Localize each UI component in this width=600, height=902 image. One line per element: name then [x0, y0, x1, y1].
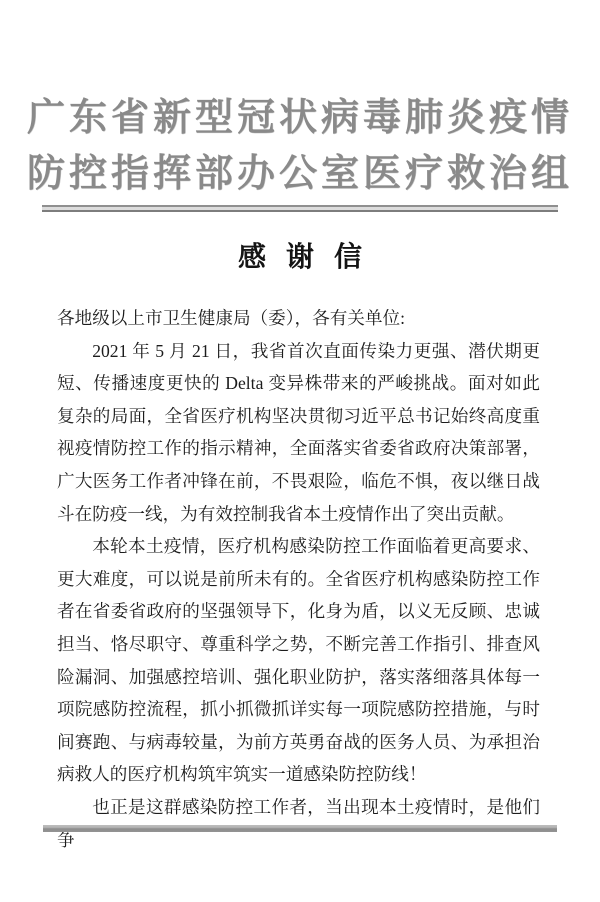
letterhead-divider-rule	[42, 205, 558, 212]
letter-title: 感谢信	[0, 242, 600, 274]
letterhead-org-line-1: 广东省新型冠状病毒肺炎疫情	[0, 90, 600, 146]
letter-salutation: 各地级以上市卫生健康局（委），各有关单位:	[57, 302, 540, 335]
letter-body: 各地级以上市卫生健康局（委），各有关单位: 2021 年 5 月 21 日，我省…	[57, 302, 540, 856]
scan-edge-bar	[43, 825, 557, 832]
letterhead: 广东省新型冠状病毒肺炎疫情 防控指挥部办公室医疗救治组	[0, 0, 600, 202]
scanned-letter-page: 广东省新型冠状病毒肺炎疫情 防控指挥部办公室医疗救治组 感谢信 各地级以上市卫生…	[0, 0, 600, 902]
letter-paragraph: 2021 年 5 月 21 日，我省首次直面传染力更强、潜伏期更短、传播速度更快…	[57, 335, 540, 531]
letter-paragraph: 也正是这群感染防控工作者，当出现本土疫情时，是他们争	[57, 791, 540, 856]
letterhead-org-line-2: 防控指挥部办公室医疗救治组	[0, 146, 600, 202]
letter-paragraph: 本轮本土疫情，医疗机构感染防控工作面临着更高要求、更大难度，可以说是前所未有的。…	[57, 530, 540, 791]
